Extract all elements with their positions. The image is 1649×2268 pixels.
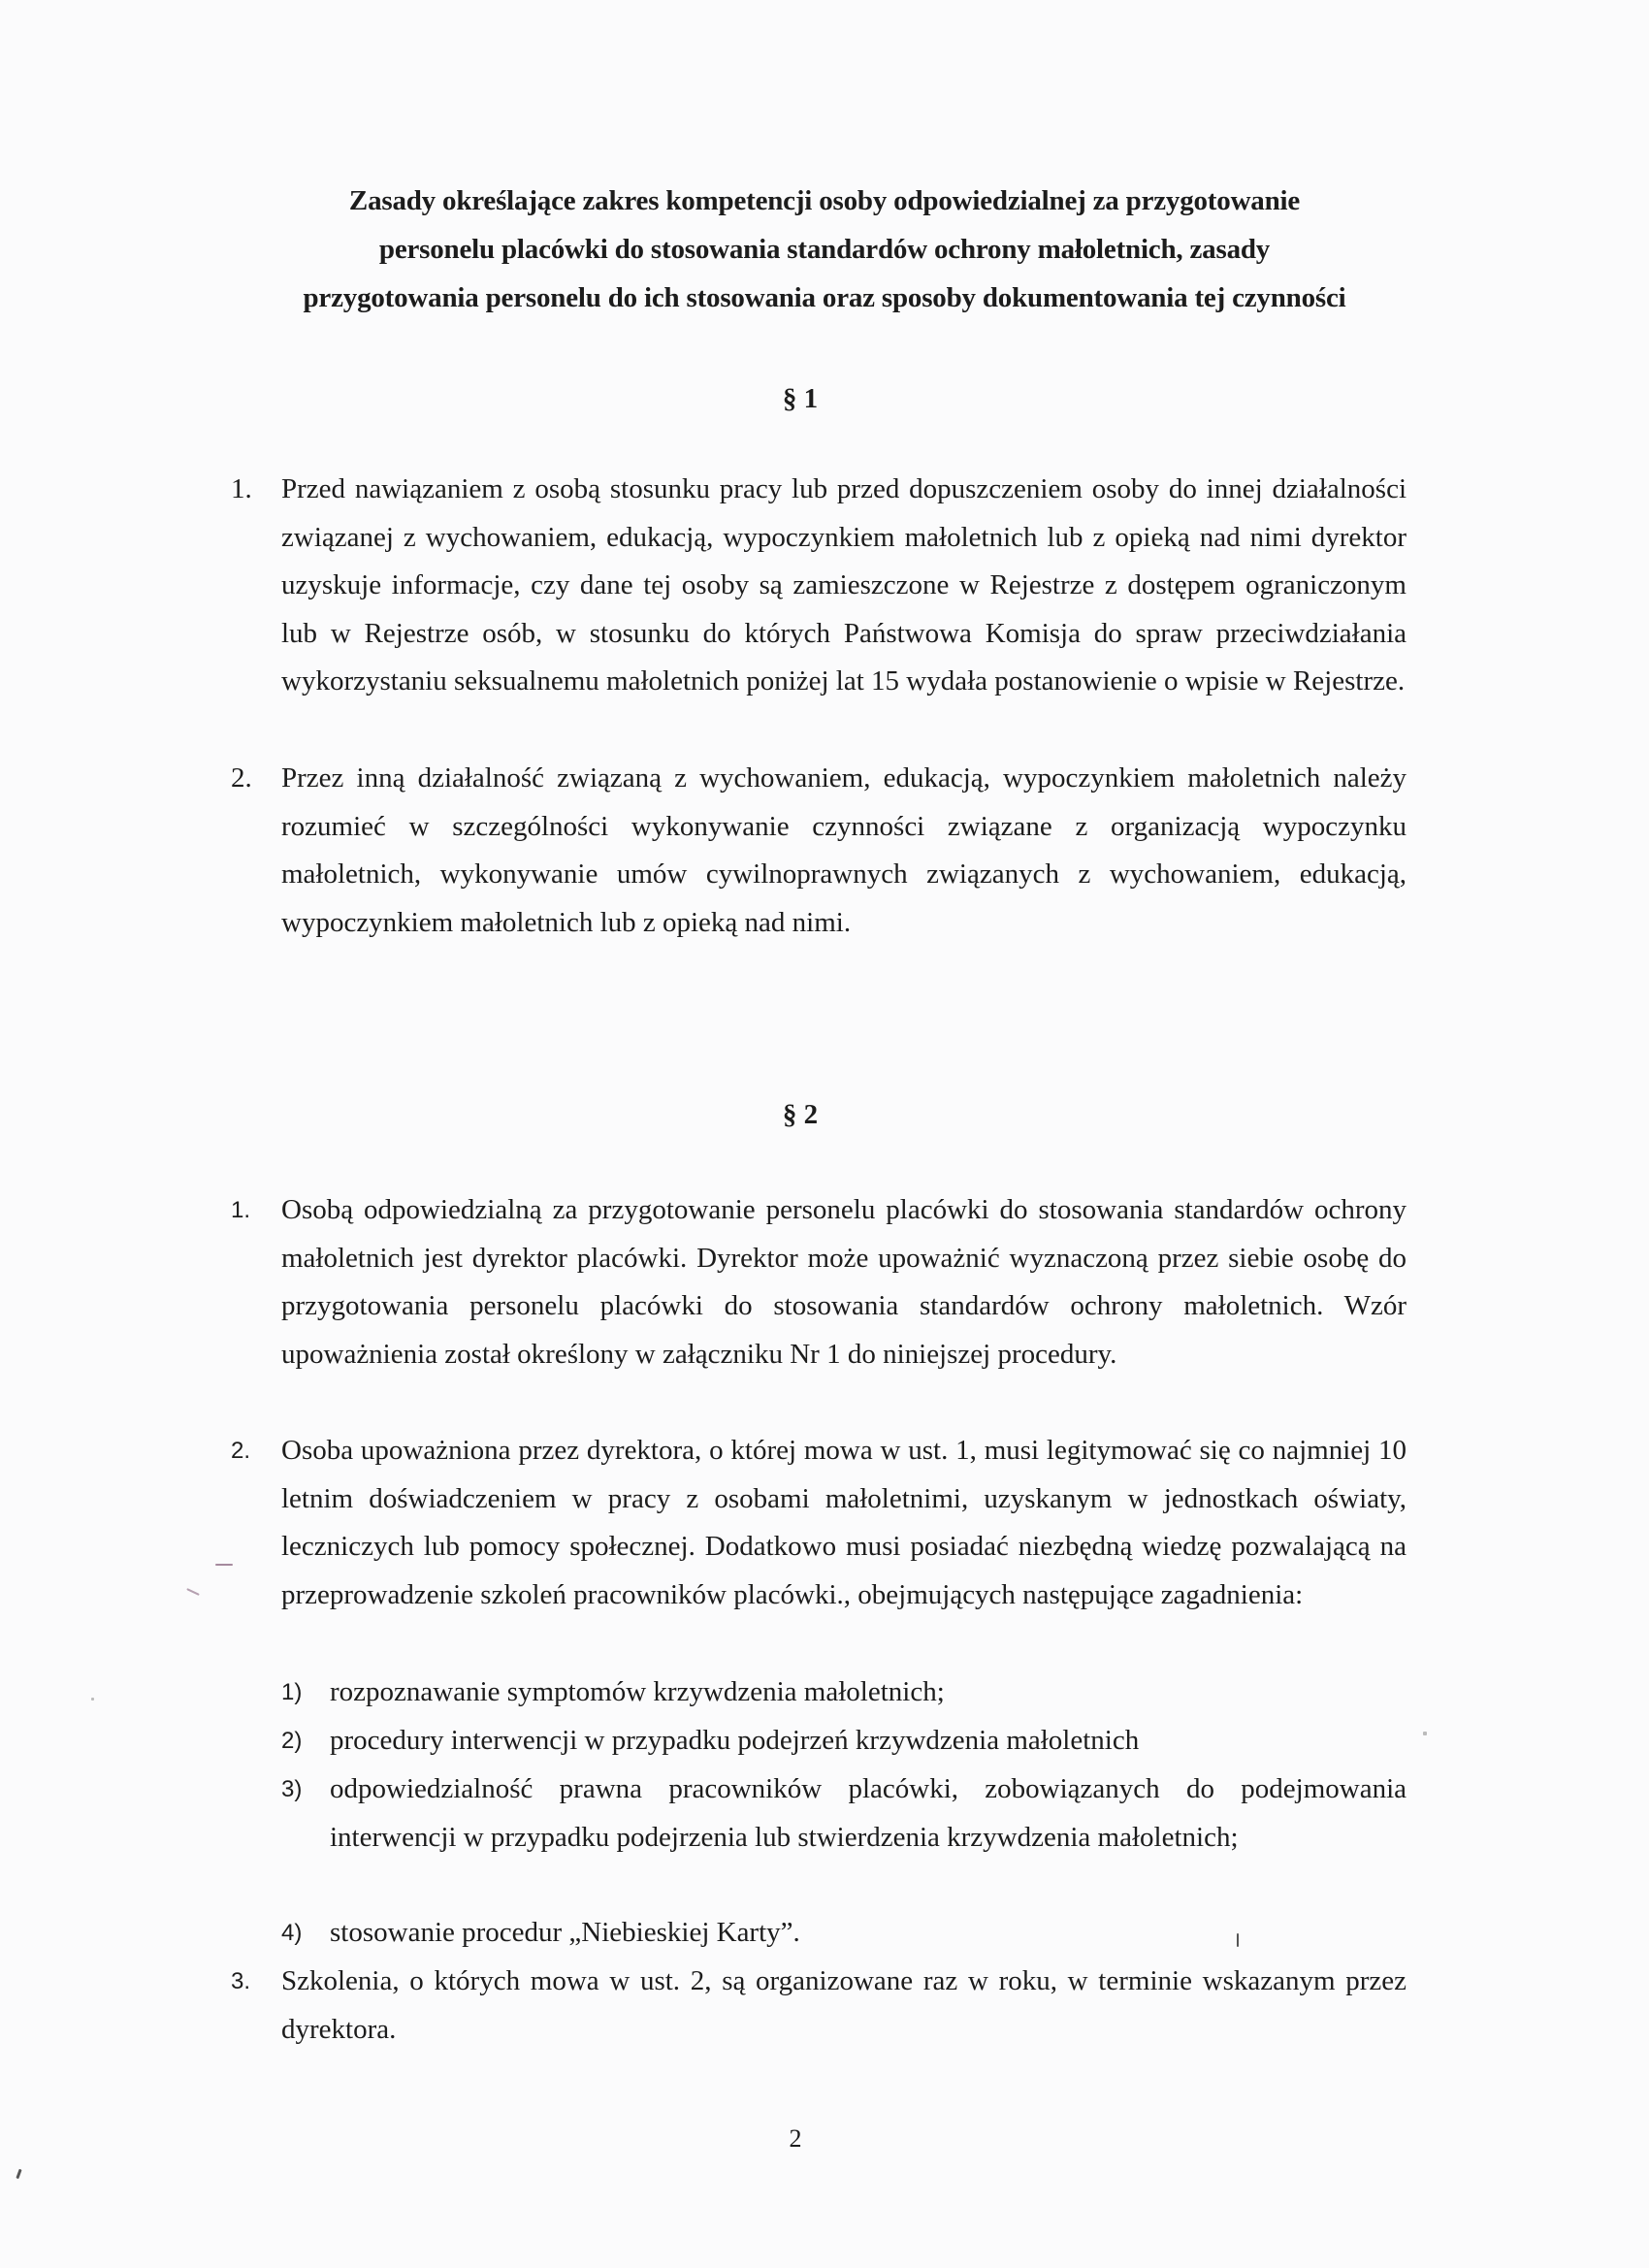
scan-artifact (215, 1564, 233, 1566)
document-title: Zasady określające zakres kompetencji os… (145, 177, 1503, 322)
item-number: 1. (231, 466, 252, 514)
page-number: 2 (776, 2124, 815, 2154)
subitem-text: rozpoznawanie symptomów krzywdzenia mało… (330, 1669, 1406, 1717)
document-page: Zasady określające zakres kompetencji os… (0, 0, 1649, 2268)
subitem-text: odpowiedzialność prawna pracowników plac… (330, 1766, 1406, 1862)
scan-artifact (186, 1588, 200, 1596)
item-text: Osobą odpowiedzialną za przygotowanie pe… (281, 1186, 1406, 1378)
subitem-number: 4) (281, 1909, 302, 1958)
subitem-text: procedury interwencji w przypadku podejr… (330, 1717, 1406, 1766)
item-number: 2. (231, 1427, 250, 1475)
scan-artifact (1423, 1732, 1427, 1735)
title-line: Zasady określające zakres kompetencji os… (145, 177, 1503, 225)
subitem-number: 3) (281, 1766, 302, 1814)
item-number: 3. (231, 1958, 250, 2006)
scan-artifact (1237, 1933, 1239, 1947)
title-line: personelu placówki do stosowania standar… (145, 225, 1503, 274)
item-text: Szkolenia, o których mowa w ust. 2, są o… (281, 1958, 1406, 2054)
subitem-text: stosowanie procedur „Niebieskiej Karty”. (330, 1909, 1406, 1958)
item-text: Osoba upoważniona przez dyrektora, o któ… (281, 1427, 1406, 1619)
item-number: 2. (231, 755, 252, 803)
title-line: przygotowania personelu do ich stosowani… (145, 274, 1503, 322)
item-number: 1. (231, 1186, 250, 1235)
section-heading-2: § 2 (703, 1099, 897, 1131)
item-text: Przed nawiązaniem z osobą stosunku pracy… (281, 466, 1406, 706)
subitem-number: 1) (281, 1669, 302, 1717)
subitem-number: 2) (281, 1717, 302, 1766)
scan-artifact (16, 2169, 21, 2179)
scan-artifact (91, 1698, 94, 1701)
item-text: Przez inną działalność związaną z wychow… (281, 755, 1406, 947)
section-heading-1: § 1 (703, 383, 897, 415)
